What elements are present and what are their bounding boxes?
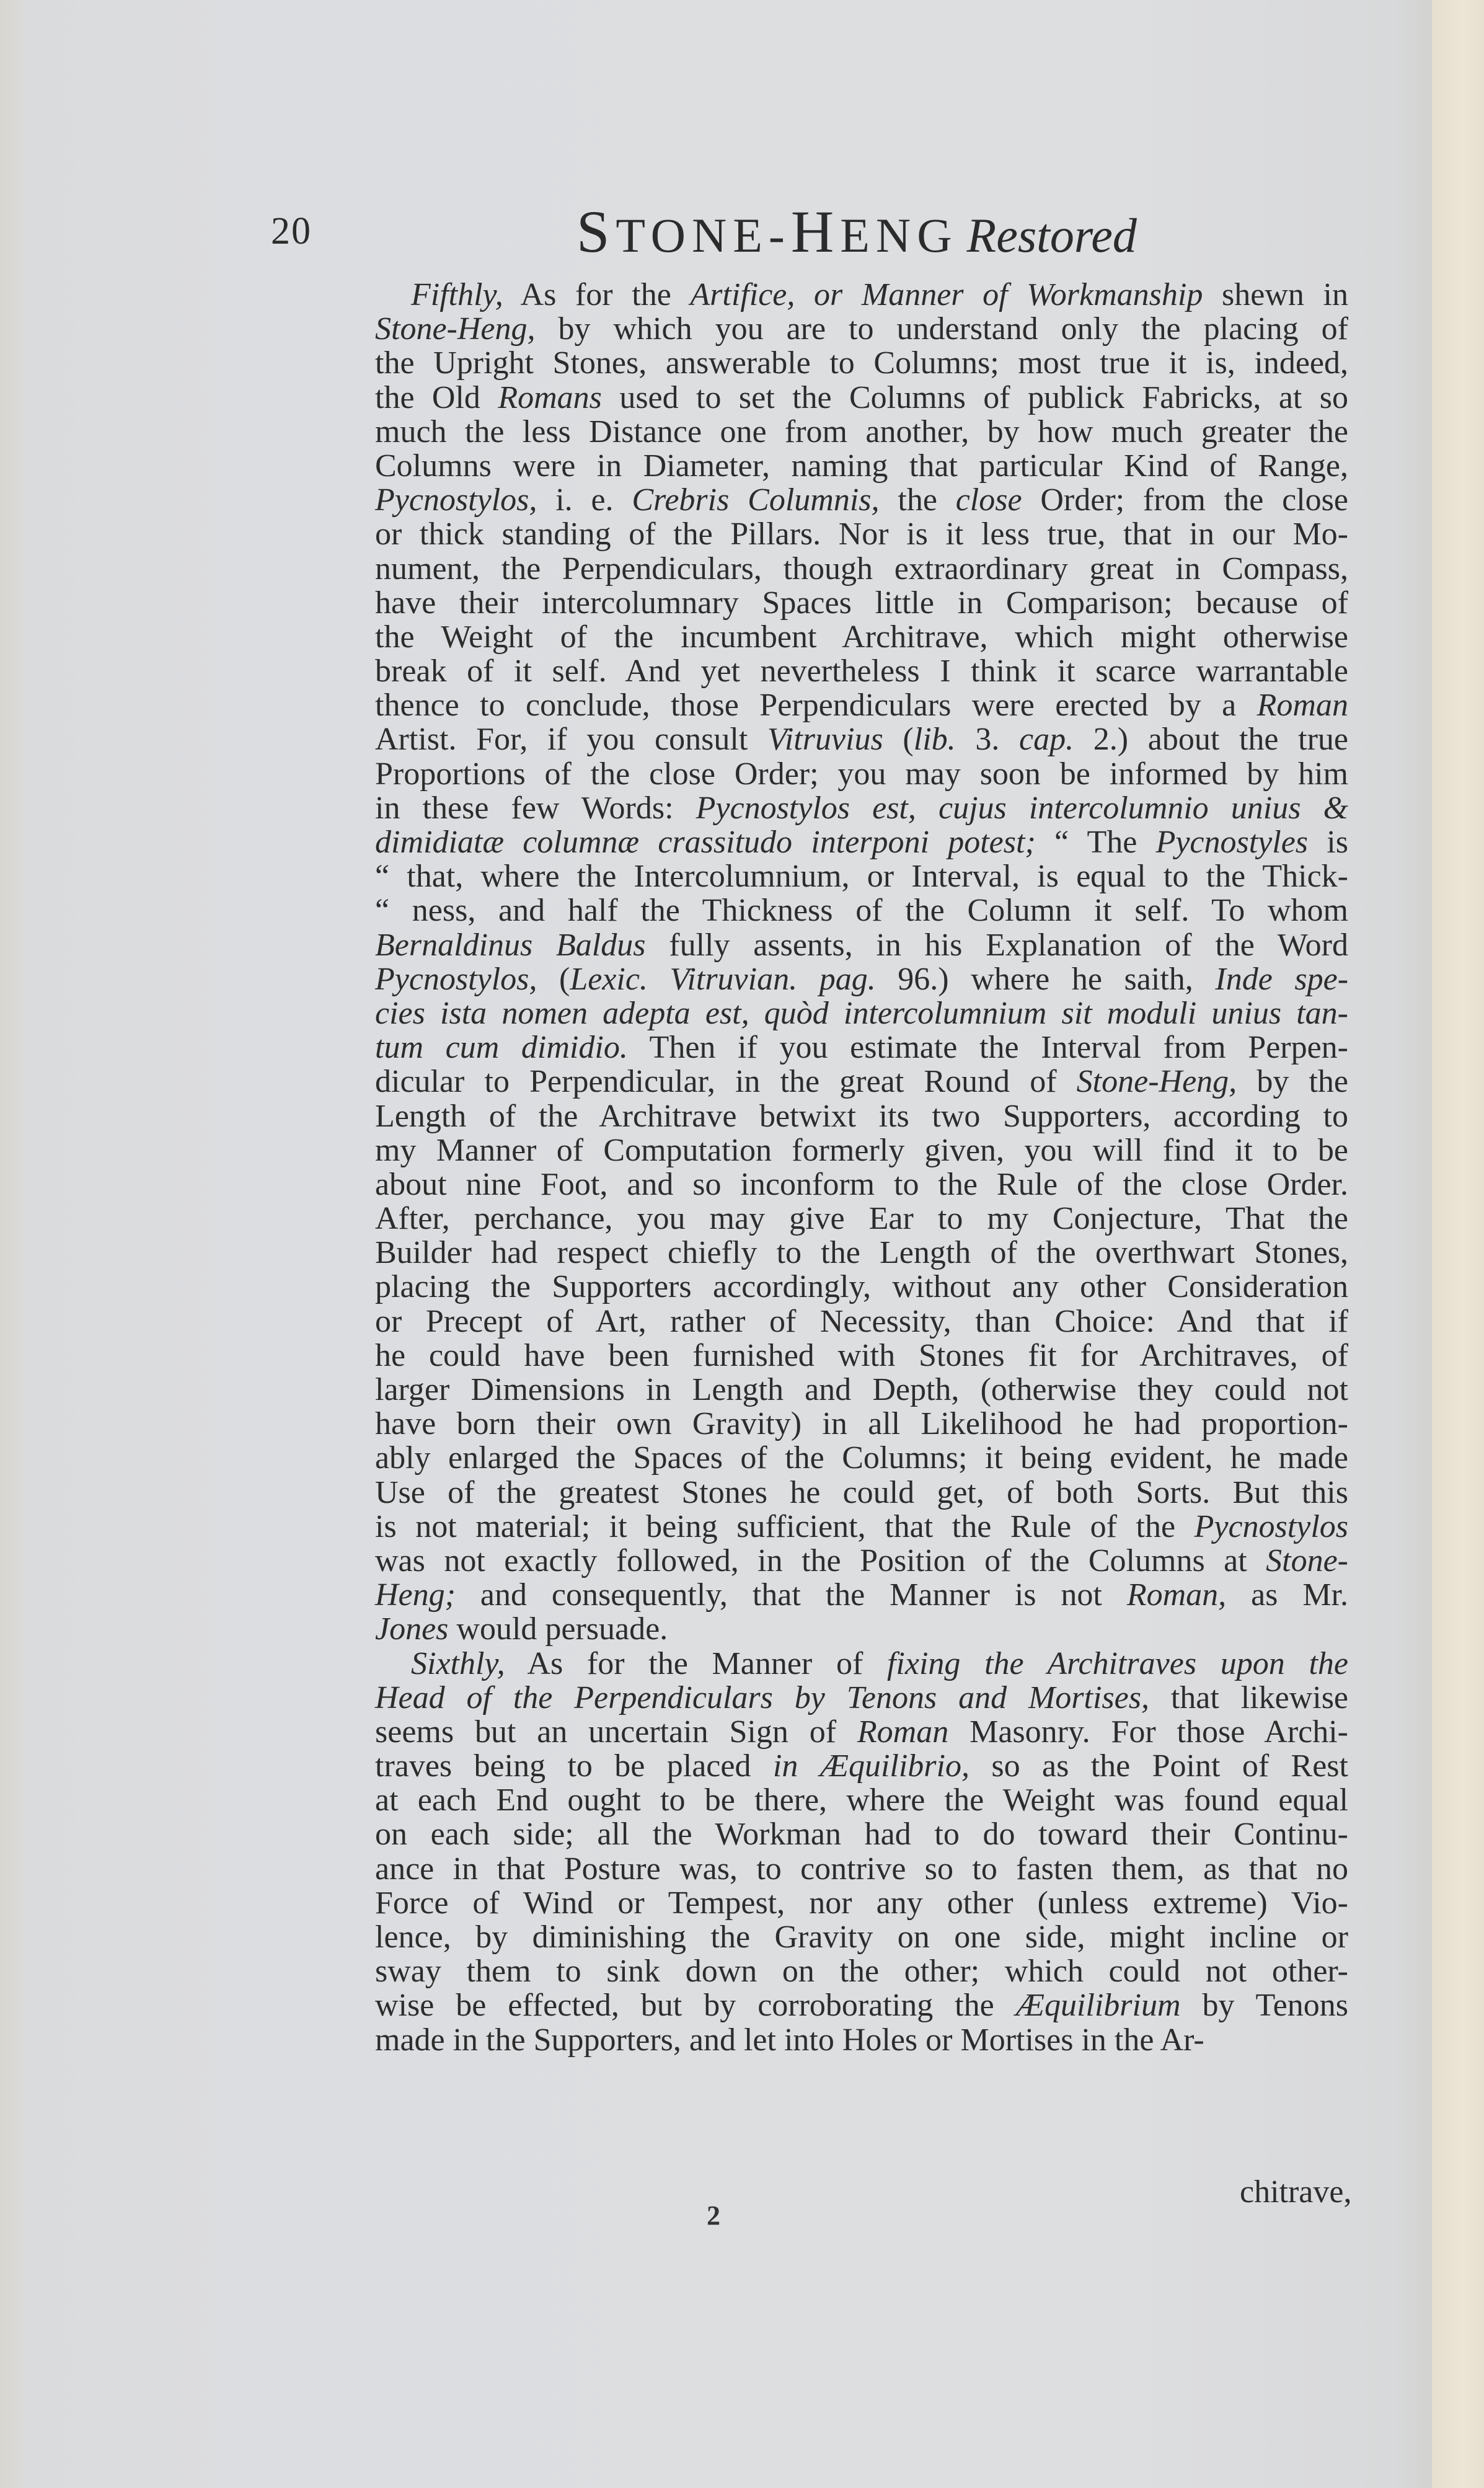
roman-run: (: [883, 722, 914, 757]
roman-run: After, perchance, you may give Ear to my…: [375, 1201, 1348, 1236]
roman-run: As for the: [503, 277, 691, 312]
italic-run: Inde spe-: [1215, 962, 1348, 997]
roman-run: and consequently, that the Manner is not: [456, 1577, 1127, 1613]
text-line: larger Dimensions in Length and Depth, (…: [375, 1373, 1348, 1407]
body-text: Fifthly, As for the Artifice, or Manner …: [375, 278, 1348, 2057]
roman-run: on each side; all the Workman had to do …: [375, 1817, 1348, 1852]
text-line: my Manner of Computation formerly given,…: [375, 1133, 1348, 1167]
roman-run: the Old: [375, 380, 498, 415]
text-line: thence to conclude, those Perpendiculars…: [375, 688, 1348, 722]
italic-run: Æquilibrium: [1016, 1988, 1181, 2023]
italic-run: Pycnostylos,: [375, 482, 537, 518]
paragraph-sixthly: Sixthly, As for the Manner of fixing the…: [375, 1647, 1348, 2057]
italic-run: Pycnostylos,: [375, 962, 537, 997]
italic-run: Pycnostylos: [1195, 1509, 1348, 1544]
roman-run: that likewise: [1149, 1680, 1348, 1715]
roman-run: larger Dimensions in Length and Depth, (…: [375, 1372, 1348, 1407]
text-line: After, perchance, you may give Ear to my…: [375, 1202, 1348, 1236]
roman-run: the Upright Stones, answerable to Column…: [375, 345, 1348, 381]
text-line: placing the Supporters accordingly, with…: [375, 1270, 1348, 1304]
roman-run: by the: [1237, 1064, 1348, 1099]
text-line: on each side; all the Workman had to do …: [375, 1817, 1348, 1851]
text-line: cies ista nomen adepta est, quòd interco…: [375, 996, 1348, 1030]
roman-run: at each End ought to be there, where the…: [375, 1782, 1348, 1818]
roman-run: as Mr.: [1226, 1577, 1348, 1613]
catchword: chitrave,: [1240, 2174, 1351, 2210]
text-line: Heng; and consequently, that the Manner …: [375, 1578, 1348, 1612]
roman-run: ably enlarged the Spaces of the Columns;…: [375, 1440, 1348, 1476]
roman-run: seems but an uncertain Sign of: [375, 1714, 857, 1750]
italic-run: Vitruvius: [767, 722, 883, 757]
roman-run: Artist. For, if you consult: [375, 722, 767, 757]
italic-run: Stone-: [1266, 1543, 1348, 1578]
text-line: dicular to Perpendicular, in the great R…: [375, 1065, 1348, 1099]
roman-run: have born their own Gravity) in all Like…: [375, 1406, 1348, 1441]
roman-run: by which you are to understand only the …: [535, 311, 1348, 347]
italic-run: Pycnostylos est, cujus intercolumnio uni…: [696, 790, 1348, 826]
text-line: Force of Wind or Tempest, nor any other …: [375, 1886, 1348, 1920]
roman-run: Order; from the close: [1022, 482, 1348, 518]
roman-run: fully assents, in his Explanation of the…: [645, 927, 1348, 963]
facing-page-edge: [1432, 0, 1484, 2488]
roman-run: Then if you estimate the Interval from P…: [628, 1030, 1348, 1065]
roman-run: 3.: [956, 722, 1019, 757]
text-line: wise be effected, but by corroborating t…: [375, 1988, 1348, 2022]
roman-run: nument, the Perpendiculars, though extra…: [375, 551, 1348, 587]
italic-run: Jones: [375, 1611, 448, 1647]
roman-run: traves being to be placed: [375, 1748, 773, 1784]
text-line: have their intercolumnary Spaces little …: [375, 586, 1348, 620]
roman-run: As for the Manner of: [505, 1646, 887, 1681]
running-head-italic: Restored: [967, 208, 1137, 262]
italic-run: Roman: [857, 1714, 948, 1750]
text-line: sway them to sink down on the other; whi…: [375, 1954, 1348, 1988]
text-line: Pycnostylos, (Lexic. Vitruvian. pag. 96.…: [375, 962, 1348, 996]
roman-run: Force of Wind or Tempest, nor any other …: [375, 1885, 1348, 1921]
roman-run: “ ness, and half the Thickness of the Co…: [375, 893, 1348, 928]
italic-run: Roman,: [1127, 1577, 1226, 1613]
text-line: Proportions of the close Order; you may …: [375, 757, 1348, 791]
text-line: at each End ought to be there, where the…: [375, 1783, 1348, 1817]
text-line: break of it self. And yet nevertheless I…: [375, 654, 1348, 688]
text-line: Sixthly, As for the Manner of fixing the…: [375, 1647, 1348, 1681]
italic-run: Sixthly,: [411, 1646, 505, 1681]
text-line: made in the Supporters, and let into Hol…: [375, 2023, 1348, 2057]
roman-run: so as the Point of Rest: [969, 1748, 1348, 1784]
italic-run: close: [956, 482, 1022, 518]
roman-run: sway them to sink down on the other; whi…: [375, 1954, 1348, 1989]
text-line: nument, the Perpendiculars, though extra…: [375, 552, 1348, 586]
roman-run: wise be effected, but by corroborating t…: [375, 1988, 1016, 2023]
text-line: Builder had respect chiefly to the Lengt…: [375, 1236, 1348, 1270]
text-line: Pycnostylos, i. e. Crebris Columnis, the…: [375, 483, 1348, 517]
text-line: Columns were in Diameter, naming that pa…: [375, 449, 1348, 483]
roman-run: have their intercolumnary Spaces little …: [375, 585, 1348, 621]
italic-run: Romans: [498, 380, 602, 415]
text-line: ably enlarged the Spaces of the Columns;…: [375, 1441, 1348, 1475]
roman-run: “ The: [1036, 825, 1156, 860]
text-line: ance in that Posture was, to contrive so…: [375, 1852, 1348, 1886]
roman-run: Proportions of the close Order; you may …: [375, 756, 1348, 792]
running-head-title: STONE-HENG: [576, 208, 958, 262]
roman-run: much the less Distance one from another,…: [375, 414, 1348, 449]
text-line: the Weight of the incumbent Architrave, …: [375, 620, 1348, 654]
roman-run: he could have been furnished with Stones…: [375, 1338, 1348, 1373]
roman-run: is not material; it being sufficient, th…: [375, 1509, 1195, 1544]
italic-run: lib.: [914, 722, 956, 757]
text-line: much the less Distance one from another,…: [375, 415, 1348, 449]
italic-run: Fifthly,: [411, 277, 503, 312]
italic-run: Crebris Columnis,: [632, 482, 879, 518]
italic-run: dimidiatæ columnæ crassitudo interponi p…: [375, 825, 1036, 860]
roman-run: “ that, where the Intercolumnium, or Int…: [375, 859, 1348, 894]
roman-run: dicular to Perpendicular, in the great R…: [375, 1064, 1077, 1099]
signature-mark: 2: [707, 2200, 720, 2231]
text-line: about nine Foot, and so inconform to the…: [375, 1167, 1348, 1202]
roman-run: Builder had respect chiefly to the Lengt…: [375, 1235, 1348, 1270]
italic-run: fixing the Architraves upon the: [887, 1646, 1348, 1681]
text-line: Jones would persuade.: [375, 1612, 1348, 1646]
italic-run: cies ista nomen adepta est, quòd interco…: [375, 996, 1348, 1031]
roman-run: placing the Supporters accordingly, with…: [375, 1269, 1348, 1304]
roman-run: by Tenons: [1181, 1988, 1348, 2023]
text-line: Stone-Heng, by which you are to understa…: [375, 312, 1348, 346]
italic-run: Lexic. Vitruvian. pag.: [570, 962, 875, 997]
roman-run: i. e.: [537, 482, 632, 518]
text-line: lence, by diminishing the Gravity on one…: [375, 1920, 1348, 1954]
roman-run: my Manner of Computation formerly given,…: [375, 1133, 1348, 1168]
roman-run: 96.) where he saith,: [876, 962, 1216, 997]
text-line: in these few Words: Pycnostylos est, cuj…: [375, 791, 1348, 825]
text-line: dimidiatæ columnæ crassitudo interponi p…: [375, 825, 1348, 859]
roman-run: in these few Words:: [375, 790, 696, 826]
text-line: traves being to be placed in Æquilibrio,…: [375, 1749, 1348, 1783]
roman-run: about nine Foot, and so inconform to the…: [375, 1167, 1348, 1202]
page-number: 20: [271, 210, 312, 254]
roman-run: Masonry. For those Archi-: [948, 1714, 1348, 1750]
text-line: Artist. For, if you consult Vitruvius (l…: [375, 722, 1348, 756]
roman-run: lence, by diminishing the Gravity on one…: [375, 1919, 1348, 1955]
italic-run: Stone-Heng,: [1077, 1064, 1237, 1099]
roman-run: or Precept of Art, rather of Necessity, …: [375, 1304, 1348, 1339]
roman-run: or thick standing of the Pillars. Nor is…: [375, 516, 1348, 552]
roman-run: Use of the greatest Stones he could get,…: [375, 1475, 1348, 1510]
roman-run: ance in that Posture was, to contrive so…: [375, 1851, 1348, 1887]
roman-run: used to set the Columns of publick Fabri…: [602, 380, 1348, 415]
text-line: or Precept of Art, rather of Necessity, …: [375, 1304, 1348, 1339]
text-line: Length of the Architrave betwixt its two…: [375, 1099, 1348, 1133]
text-line: the Old Romans used to set the Columns o…: [375, 381, 1348, 415]
text-line: Fifthly, As for the Artifice, or Manner …: [375, 278, 1348, 312]
italic-run: in Æquilibrio,: [773, 1748, 969, 1784]
roman-run: Length of the Architrave betwixt its two…: [375, 1099, 1348, 1134]
italic-run: Artifice, or Manner of Workmanship: [690, 277, 1203, 312]
roman-run: made in the Supporters, and let into Hol…: [375, 2022, 1204, 2058]
text-line: the Upright Stones, answerable to Column…: [375, 346, 1348, 380]
text-line: tum cum dimidio. Then if you estimate th…: [375, 1030, 1348, 1065]
text-line: is not material; it being sufficient, th…: [375, 1510, 1348, 1544]
roman-run: 2.) about the true: [1074, 722, 1348, 757]
italic-run: cap.: [1019, 722, 1074, 757]
italic-run: Roman: [1257, 688, 1348, 723]
book-page: 20 STONE-HENGRestored Fifthly, As for th…: [0, 0, 1432, 2488]
roman-run: is: [1308, 825, 1348, 860]
italic-run: Heng;: [375, 1577, 456, 1613]
roman-run: would persuade.: [448, 1611, 668, 1647]
italic-run: tum cum dimidio.: [375, 1030, 628, 1065]
text-line: Use of the greatest Stones he could get,…: [375, 1476, 1348, 1510]
italic-run: Bernaldinus Baldus: [375, 927, 645, 963]
italic-run: Pycnostyles: [1156, 825, 1308, 860]
roman-run: Columns were in Diameter, naming that pa…: [375, 448, 1348, 484]
italic-run: Head of the Perpendiculars by Tenons and…: [375, 1680, 1149, 1715]
text-line: Head of the Perpendiculars by Tenons and…: [375, 1681, 1348, 1715]
text-line: “ ness, and half the Thickness of the Co…: [375, 893, 1348, 927]
roman-run: was not exactly followed, in the Positio…: [375, 1543, 1266, 1578]
text-line: seems but an uncertain Sign of Roman Mas…: [375, 1715, 1348, 1749]
roman-run: shewn in: [1203, 277, 1348, 312]
text-line: he could have been furnished with Stones…: [375, 1339, 1348, 1373]
text-line: was not exactly followed, in the Positio…: [375, 1544, 1348, 1578]
roman-run: the: [880, 482, 956, 518]
text-line: have born their own Gravity) in all Like…: [375, 1407, 1348, 1441]
roman-run: thence to conclude, those Perpendiculars…: [375, 688, 1257, 723]
text-line: or thick standing of the Pillars. Nor is…: [375, 517, 1348, 551]
text-line: “ that, where the Intercolumnium, or Int…: [375, 859, 1348, 893]
paragraph-fifthly: Fifthly, As for the Artifice, or Manner …: [375, 278, 1348, 1647]
running-head: STONE-HENGRestored: [576, 197, 1137, 266]
roman-run: (: [537, 962, 570, 997]
roman-run: the Weight of the incumbent Architrave, …: [375, 619, 1348, 655]
text-line: Bernaldinus Baldus fully assents, in his…: [375, 928, 1348, 962]
roman-run: break of it self. And yet nevertheless I…: [375, 653, 1348, 689]
italic-run: Stone-Heng,: [375, 311, 535, 347]
